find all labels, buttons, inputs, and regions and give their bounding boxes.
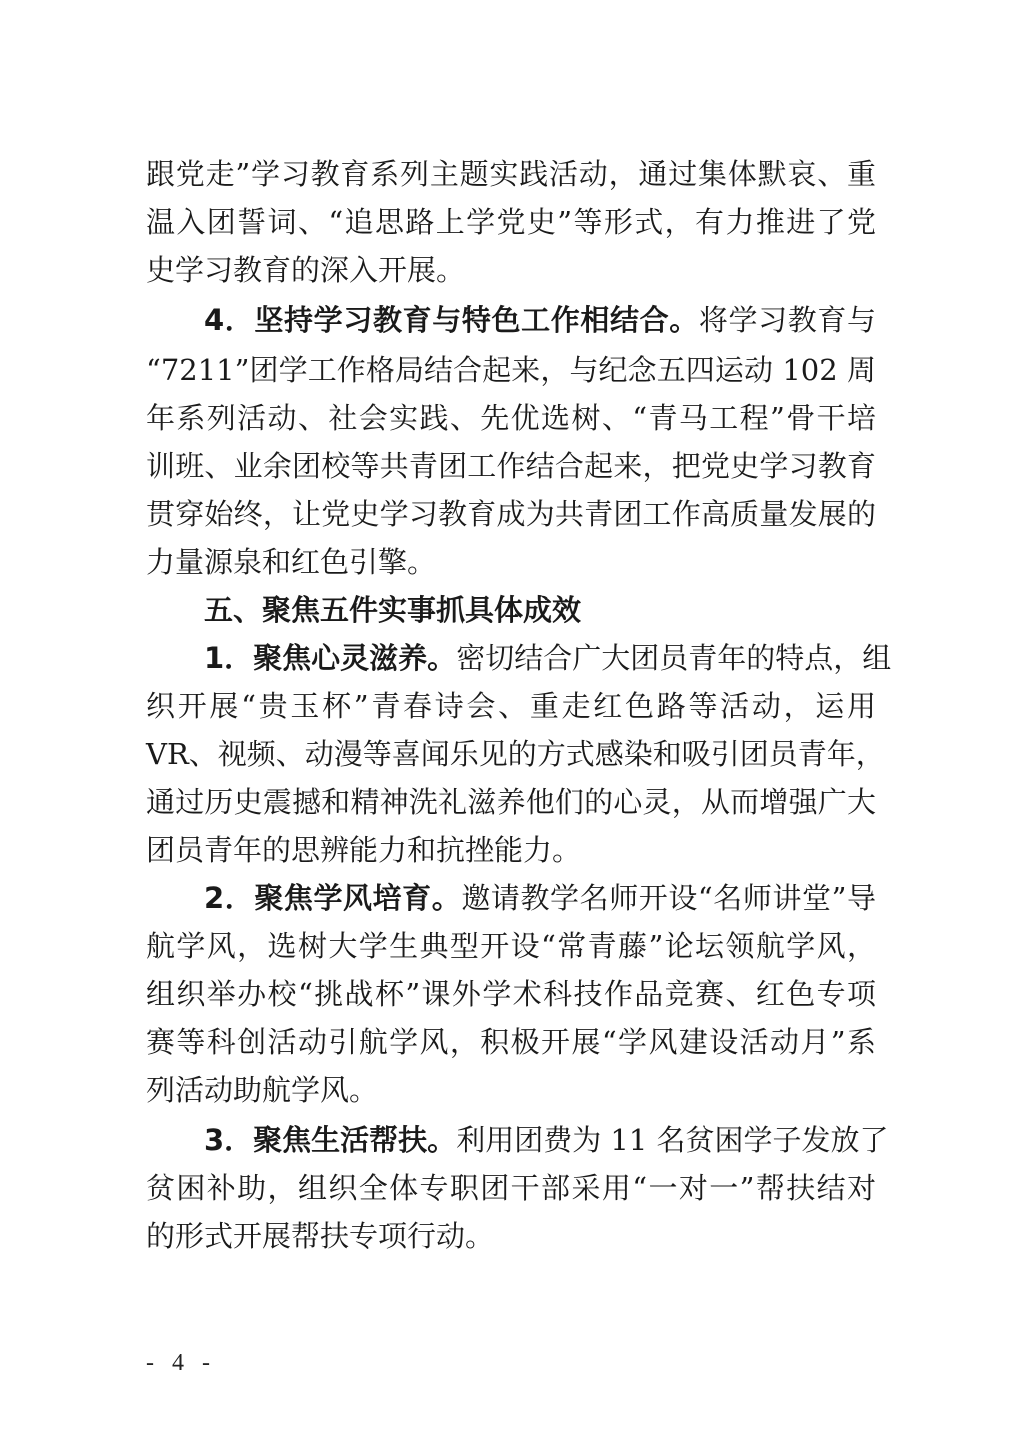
paragraph-line: 跟党走”学习教育系列主题实践活动，通过集体默哀、重	[146, 150, 876, 198]
paragraph-line: 列活动助航学风。	[146, 1066, 876, 1114]
paragraph-line: 温入团誓词、“追思路上学党史”等形式，有力推进了党	[146, 198, 876, 246]
paragraph-line: 通过历史震撼和精神洗礼滋养他们的心灵，从而增强广大	[146, 778, 876, 826]
paragraph-line: 组织举办校“挑战杯”课外学术科技作品竞赛、红色专项	[146, 970, 876, 1018]
paragraph-line: 航学风，选树大学生典型开设“常青藤”论坛领航学风，	[146, 922, 876, 970]
paragraph-line: 的形式开展帮扶专项行动。	[146, 1212, 876, 1260]
paragraph-first-line: 2．聚焦学风培育。邀请教学名师开设“名师讲堂”导	[146, 874, 876, 922]
paragraph-line: 贯穿始终，让党史学习教育成为共青团工作高质量发展的	[146, 490, 876, 538]
paragraph-line: 贫困补助，组织全体专职团干部采用“一对一”帮扶结对	[146, 1164, 876, 1212]
item-heading: 3．聚焦生活帮扶。	[204, 1123, 456, 1157]
item-text: 将学习教育与	[699, 303, 876, 337]
page-number: - 4 -	[146, 1348, 216, 1378]
paragraph-line: 年系列活动、社会实践、先优选树、“青马工程”骨干培	[146, 394, 876, 442]
paragraph-line: VR、视频、动漫等喜闻乐见的方式感染和吸引团员青年，	[146, 730, 876, 778]
paragraph-line: 史学习教育的深入开展。	[146, 246, 876, 294]
paragraph-line: “7211”团学工作格局结合起来，与纪念五四运动 102 周	[146, 346, 876, 394]
item-text: 邀请教学名师开设“名师讲堂”导	[461, 881, 876, 915]
paragraph-line: 赛等科创活动引航学风，积极开展“学风建设活动月”系	[146, 1018, 876, 1066]
item-heading: 4．坚持学习教育与特色工作相结合。	[204, 303, 699, 337]
paragraph-first-line: 3．聚焦生活帮扶。利用团费为 11 名贫困学子发放了	[146, 1116, 876, 1164]
item-heading: 1．聚焦心灵滋养。	[204, 641, 456, 675]
item-text: 利用团费为 11 名贫困学子发放了	[456, 1123, 888, 1157]
paragraph-first-line: 4．坚持学习教育与特色工作相结合。将学习教育与	[146, 296, 876, 344]
paragraph-line: 力量源泉和红色引擎。	[146, 538, 876, 586]
item-heading: 2．聚焦学风培育。	[204, 881, 461, 915]
paragraph-first-line: 1．聚焦心灵滋养。密切结合广大团员青年的特点，组	[146, 634, 876, 682]
section-heading: 五、聚焦五件实事抓具体成效	[146, 586, 876, 634]
paragraph-line: 织开展“贵玉杯”青春诗会、重走红色路等活动，运用	[146, 682, 876, 730]
paragraph-line: 团员青年的思辨能力和抗挫能力。	[146, 826, 876, 874]
item-text: 密切结合广大团员青年的特点，组	[456, 641, 891, 675]
paragraph-line: 训班、业余团校等共青团工作结合起来，把党史学习教育	[146, 442, 876, 490]
